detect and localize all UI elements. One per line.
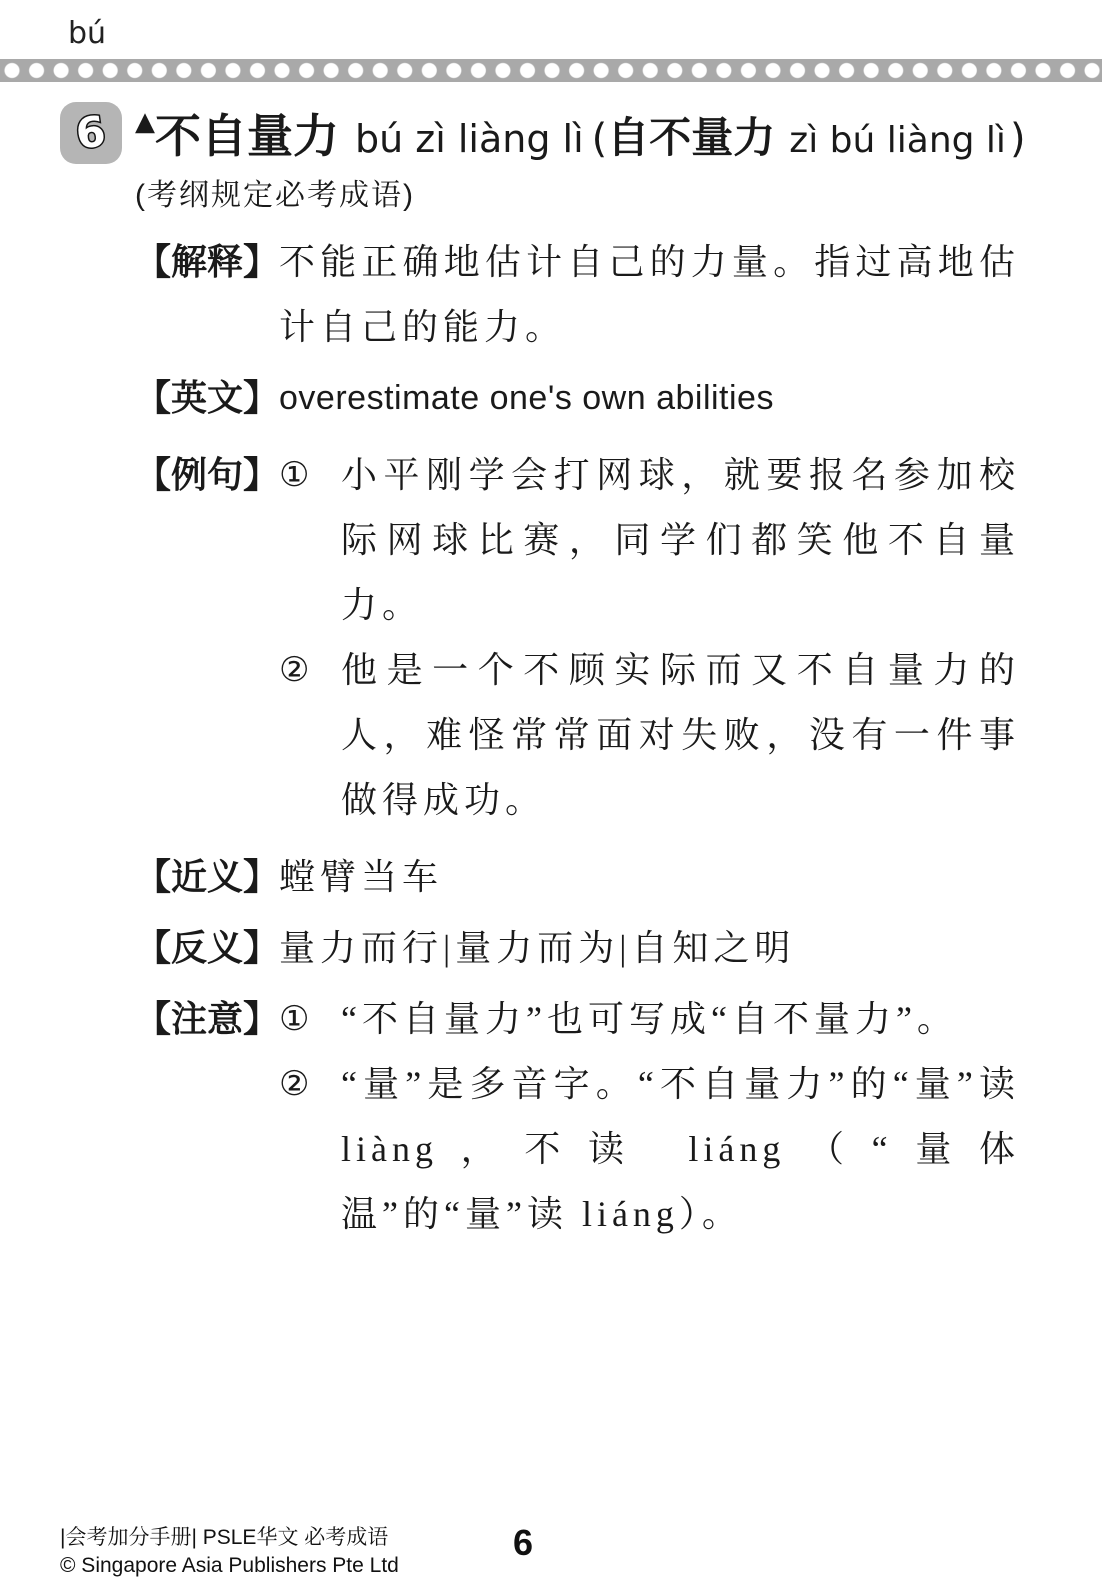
section-label-explanation: 【解释】	[135, 230, 279, 295]
section-text-synonym: 螳臂当车	[279, 845, 1020, 910]
page-number: 6	[513, 1522, 533, 1564]
header-pinyin-guide: bú	[68, 16, 106, 51]
page-footer: |会考加分手册| PSLE华文 必考成语 © Singapore Asia Pu…	[60, 1524, 399, 1580]
section-synonym: 【近义】 螳臂当车	[135, 845, 1020, 910]
note-1-text: “不自量力”也可写成“自不量力”。	[341, 987, 1020, 1052]
variant-paren-open: (	[592, 116, 608, 162]
section-explanation: 【解释】 不能正确地估计自己的力量。指过高地估计自己的能力。	[135, 230, 1020, 360]
book-page: bú 6 ▲不自量力bú zì liàng lì(自不量力zì bú liàng…	[0, 0, 1102, 1591]
entry-title-row: 6 ▲不自量力bú zì liàng lì(自不量力zì bú liàng lì…	[135, 100, 1020, 166]
entry-number-badge: 6	[60, 102, 122, 164]
variant-paren-close: )	[1010, 116, 1026, 162]
note-2-number: ②	[279, 1052, 341, 1117]
section-english: 【英文】 overestimate one's own abilities	[135, 366, 1020, 431]
example-1-number: ①	[279, 443, 341, 508]
note-1-number: ①	[279, 987, 341, 1052]
idiom-pinyin: bú zì liàng lì	[355, 117, 584, 161]
dotted-divider-bar	[0, 59, 1102, 82]
footer-copyright: © Singapore Asia Publishers Pte Ltd	[60, 1552, 399, 1580]
idiom-headword: 不自量力	[155, 110, 339, 162]
note-item-2: ② “量”是多音字。“不自量力”的“量”读 liàng，不读 liáng（“量体…	[279, 1052, 1020, 1247]
section-antonym: 【反义】 量力而行|量力而为|自知之明	[135, 916, 1020, 981]
footer-booklet-title: |会考加分手册| PSLE华文 必考成语	[60, 1524, 399, 1552]
section-label-examples: 【例句】	[135, 443, 279, 508]
entry-number: 6	[74, 110, 109, 156]
triangle-marker-icon: ▲	[135, 107, 155, 137]
example-item-2: ② 他是一个不顾实际而又不自量力的人，难怪常常面对失败，没有一件事做得成功。	[279, 638, 1020, 833]
section-label-english: 【英文】	[135, 366, 279, 431]
variant-idiom: 自不量力	[607, 114, 775, 161]
section-label-antonym: 【反义】	[135, 916, 279, 981]
note-item-1: ① “不自量力”也可写成“自不量力”。	[279, 987, 1020, 1052]
section-text-explanation: 不能正确地估计自己的力量。指过高地估计自己的能力。	[279, 230, 1020, 360]
note-2-text: “量”是多音字。“不自量力”的“量”读 liàng，不读 liáng（“量体温”…	[341, 1052, 1020, 1247]
exam-requirement-note: (考纲规定必考成语)	[135, 174, 1020, 218]
section-label-notes: 【注意】	[135, 987, 279, 1052]
idiom-entry: 6 ▲不自量力bú zì liàng lì(自不量力zì bú liàng lì…	[135, 100, 1020, 1247]
section-text-english: overestimate one's own abilities	[279, 366, 1020, 431]
example-2-number: ②	[279, 638, 341, 703]
section-notes: 【注意】 ① “不自量力”也可写成“自不量力”。 ② “量”是多音字。“不自量力…	[135, 987, 1020, 1247]
section-notes-list: ① “不自量力”也可写成“自不量力”。 ② “量”是多音字。“不自量力”的“量”…	[279, 987, 1020, 1247]
example-2-text: 他是一个不顾实际而又不自量力的人，难怪常常面对失败，没有一件事做得成功。	[341, 638, 1020, 833]
variant-pinyin: zì bú liàng lì	[789, 120, 1006, 161]
section-examples: 【例句】 ① 小平刚学会打网球，就要报名参加校际网球比赛，同学们都笑他不自量力。…	[135, 443, 1020, 833]
section-text-antonym: 量力而行|量力而为|自知之明	[279, 916, 1020, 981]
example-1-text: 小平刚学会打网球，就要报名参加校际网球比赛，同学们都笑他不自量力。	[341, 443, 1020, 638]
example-item-1: ① 小平刚学会打网球，就要报名参加校际网球比赛，同学们都笑他不自量力。	[279, 443, 1020, 638]
section-label-synonym: 【近义】	[135, 845, 279, 910]
section-examples-list: ① 小平刚学会打网球，就要报名参加校际网球比赛，同学们都笑他不自量力。 ② 他是…	[279, 443, 1020, 833]
